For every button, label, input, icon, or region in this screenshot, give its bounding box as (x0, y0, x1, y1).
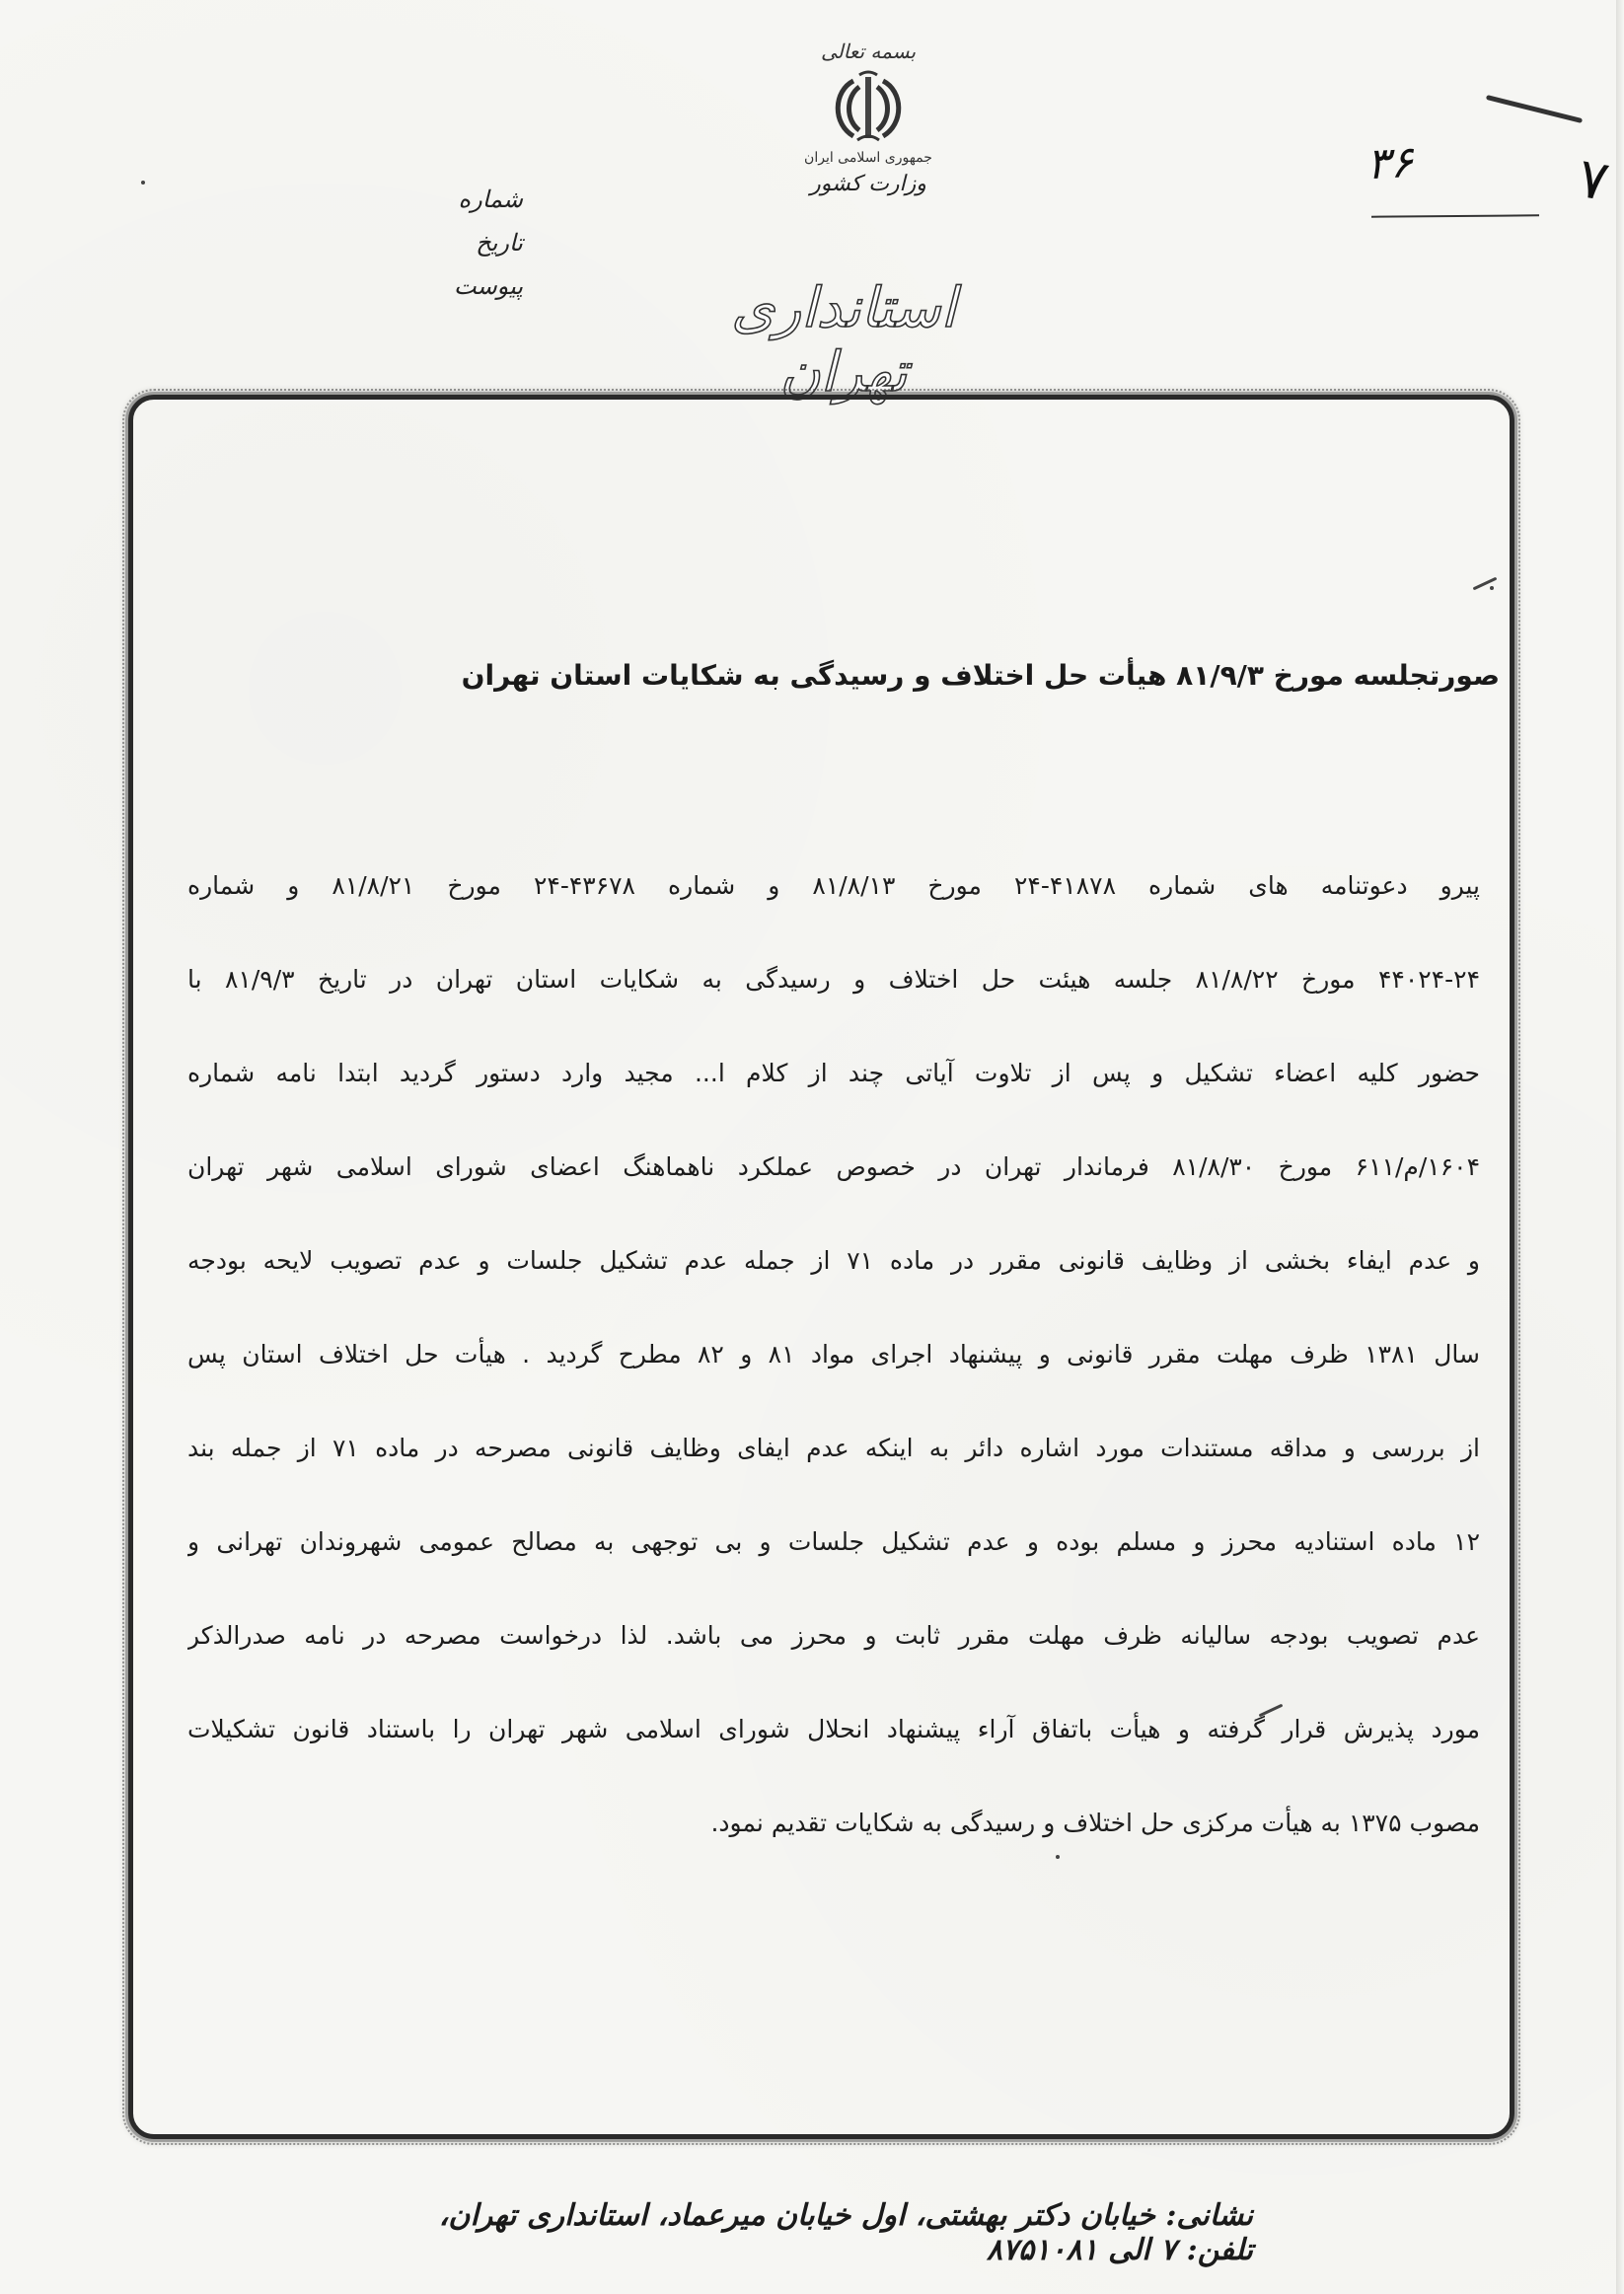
body-line: مورد پذیرش قرار گرفته و هیأت باتفاق آراء… (187, 1700, 1480, 1794)
scan-speck (1056, 1855, 1060, 1859)
ministry-label: وزارت کشور (750, 172, 987, 196)
body-line: عدم تصویب بودجه سالیانه ظرف مهلت مقرر ثا… (187, 1606, 1480, 1700)
body-line: ۱۲ ماده استنادیه محرز و مسلم بوده و عدم … (187, 1513, 1480, 1606)
body-line: و عدم ایفاء بخشی از وظایف قانونی مقرر در… (187, 1231, 1480, 1325)
date-label: تاریخ (414, 221, 523, 264)
scan-speck (141, 181, 145, 185)
body-line: مصوب ۱۳۷۵ به هیأت مرکزی حل اختلاف و رسید… (187, 1794, 1480, 1887)
body-line: حضور کلیه اعضاء تشکیل و پس از تلاوت آیات… (187, 1044, 1480, 1138)
number-label: شماره (414, 178, 523, 221)
body-line: سال ۱۳۸۱ ظرف مهلت مقرر قانونی و پیشنهاد … (187, 1325, 1480, 1419)
attachment-label: پیوست (414, 264, 523, 308)
body-line: پیرو دعوتنامه های شماره ۴۱۸۷۸-۲۴ مورخ ۸۱… (187, 856, 1480, 950)
body-line: ۴۴۰۲۴-۲۴ مورخ ۸۱/۸/۲۲ جلسه هیئت حل اختلا… (187, 950, 1480, 1044)
document-body: پیرو دعوتنامه های شماره ۴۱۸۷۸-۲۴ مورخ ۸۱… (187, 856, 1480, 1887)
footer-address: نشانی: خیابان دکتر بهشتی، اول خیابان میر… (385, 2198, 1253, 2267)
republic-label: جمهوری اسلامی ایران (750, 150, 987, 166)
meta-fields: شماره تاریخ پیوست (414, 178, 523, 308)
letterhead: بسمه تعالی جمهوری اسلامی ایران وزارت کشو… (750, 39, 987, 196)
handwritten-page-number: ۳۶ (1366, 137, 1415, 189)
governorate-title: استانداری تهران (691, 276, 997, 405)
document-title: صورتجلسه مورخ ۸۱/۹/۳ هیأت حل اختلاف و رس… (395, 659, 1500, 692)
iran-emblem-icon (824, 69, 913, 148)
scan-speck (1490, 586, 1494, 590)
scan-edge (1616, 0, 1624, 2294)
basmala: بسمه تعالی (750, 39, 987, 63)
body-line: از بررسی و مداقه مستندات مورد اشاره دائر… (187, 1419, 1480, 1513)
body-line: ۱۶۰۴/م/۶۱۱ مورخ ۸۱/۸/۳۰ فرماندار تهران د… (187, 1138, 1480, 1231)
